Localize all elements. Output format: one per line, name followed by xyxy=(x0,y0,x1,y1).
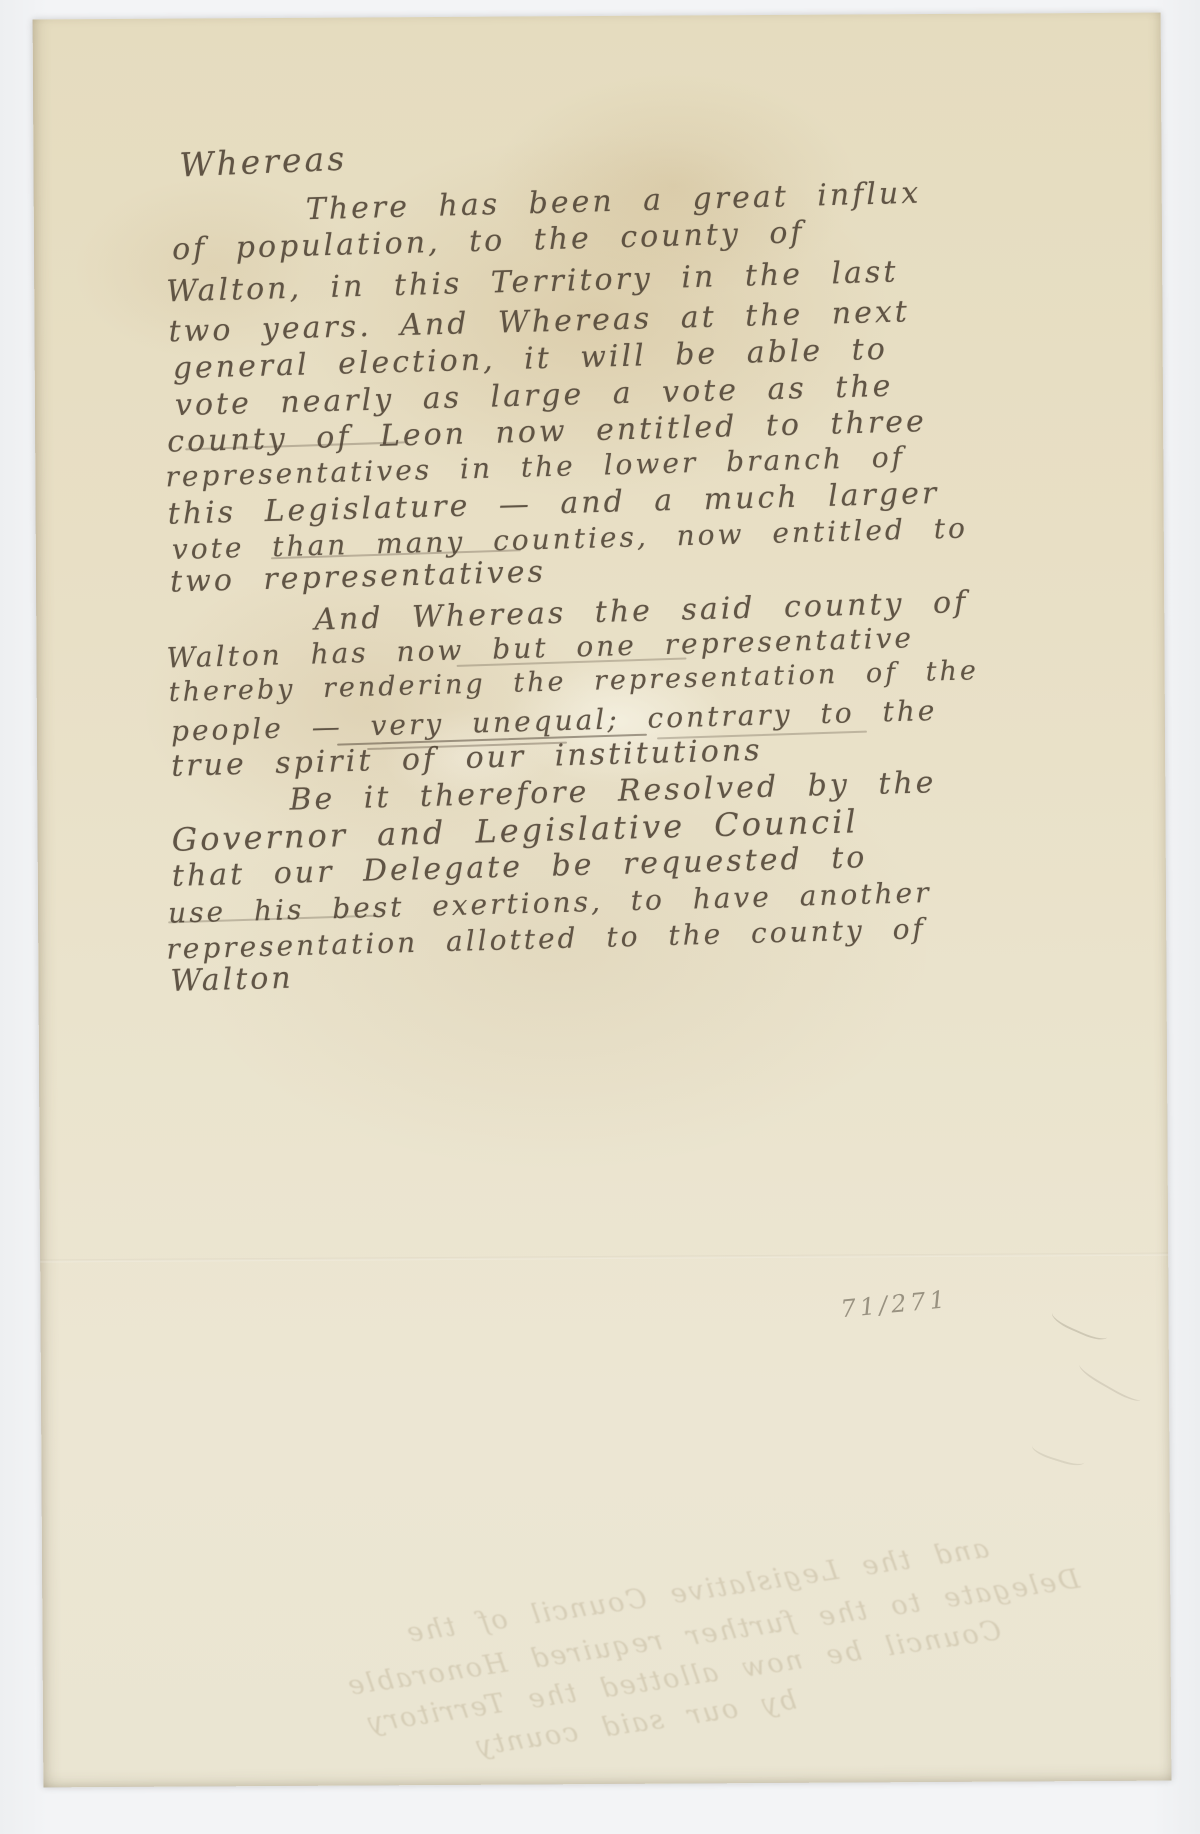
pencil-scribble xyxy=(1030,1435,1088,1469)
pencil-annotation: 71/271 xyxy=(839,1285,950,1323)
manuscript-line: Whereas xyxy=(179,139,348,185)
manuscript-page: Whereas There has been a great influx of… xyxy=(33,13,1172,1788)
fold-crease xyxy=(40,1253,1168,1263)
manuscript-line: Walton xyxy=(170,961,294,999)
pencil-scribble xyxy=(1049,1302,1112,1344)
pencil-scribble xyxy=(1077,1357,1146,1406)
